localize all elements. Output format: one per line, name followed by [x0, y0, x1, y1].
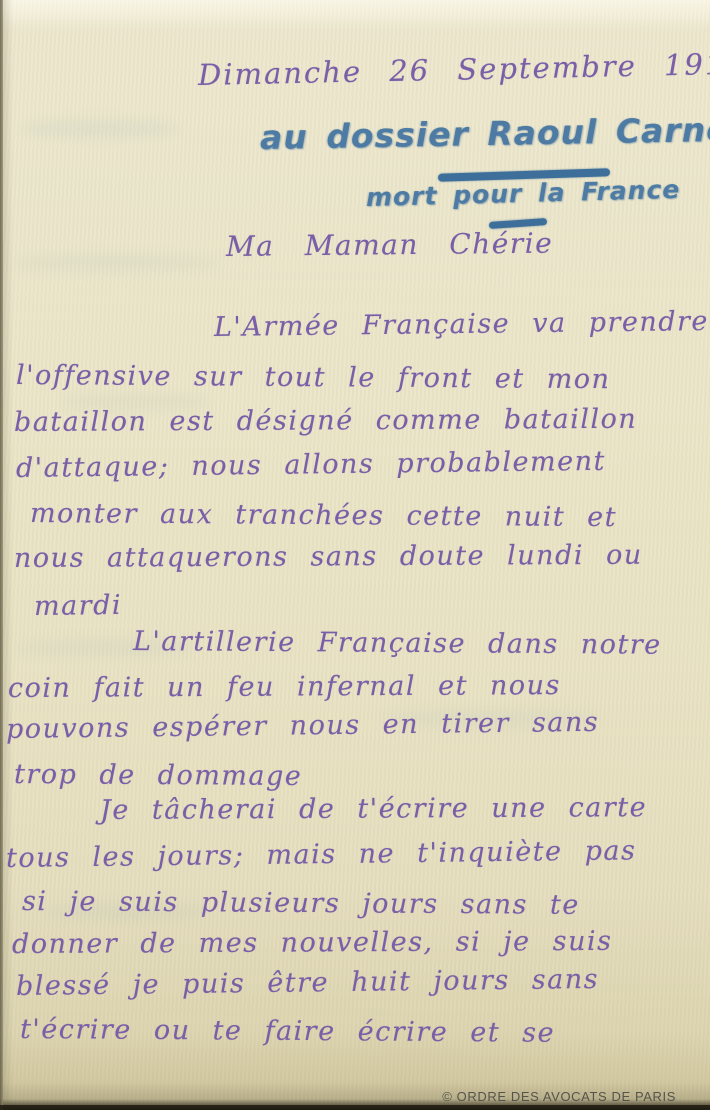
handwritten-line: si je suis plusieurs jours sans te: [22, 886, 580, 922]
handwritten-line: bataillon est désigné comme bataillon: [14, 404, 637, 440]
handwritten-line: blessé je puis être huit jours sans: [16, 964, 599, 1004]
handwritten-line: L'Armée Française va prendre: [214, 306, 709, 344]
paper-top-fold: [0, 0, 710, 30]
handwritten-line: trop de dommage: [14, 759, 303, 793]
bleed-through-mark: [10, 255, 220, 271]
handwritten-line: l'offensive sur tout le front et mon: [16, 360, 611, 397]
bleed-through-mark: [20, 120, 180, 138]
paper-bottom-edge: [0, 1105, 710, 1110]
handwritten-line: Je tâcherai de t'écrire une carte: [100, 792, 647, 827]
letter-page: Dimanche 26 Septembre 1915. au dossier R…: [0, 0, 710, 1110]
handwritten-line: d'attaque; nous allons probablement: [16, 446, 606, 486]
archive-annotation-dossier: au dossier Raoul Carnoy: [260, 109, 710, 157]
date-line: Dimanche 26 Septembre 1915.: [198, 46, 710, 92]
handwritten-line: L'artillerie Française dans notre: [133, 626, 662, 662]
salutation-line: Ma Maman Chérie: [226, 227, 554, 264]
copyright-watermark: © ORDRE DES AVOCATS DE PARIS: [442, 1089, 676, 1104]
handwritten-line: t'écrire ou te faire écrire et se: [20, 1014, 555, 1050]
handwritten-line: nous attaquerons sans doute lundi ou: [14, 540, 643, 576]
handwritten-line: coin fait un feu infernal et nous: [8, 670, 561, 705]
handwritten-line: tous les jours; mais ne t'inquiète pas: [6, 835, 637, 875]
archive-annotation-mort: mort pour la France: [366, 175, 681, 212]
handwritten-line: pouvons espérer nous en tirer sans: [6, 707, 600, 747]
handwritten-line: mardi: [34, 590, 122, 623]
handwritten-line: monter aux tranchées cette nuit et: [30, 498, 617, 534]
handwritten-line: donner de mes nouvelles, si je suis: [12, 926, 613, 962]
